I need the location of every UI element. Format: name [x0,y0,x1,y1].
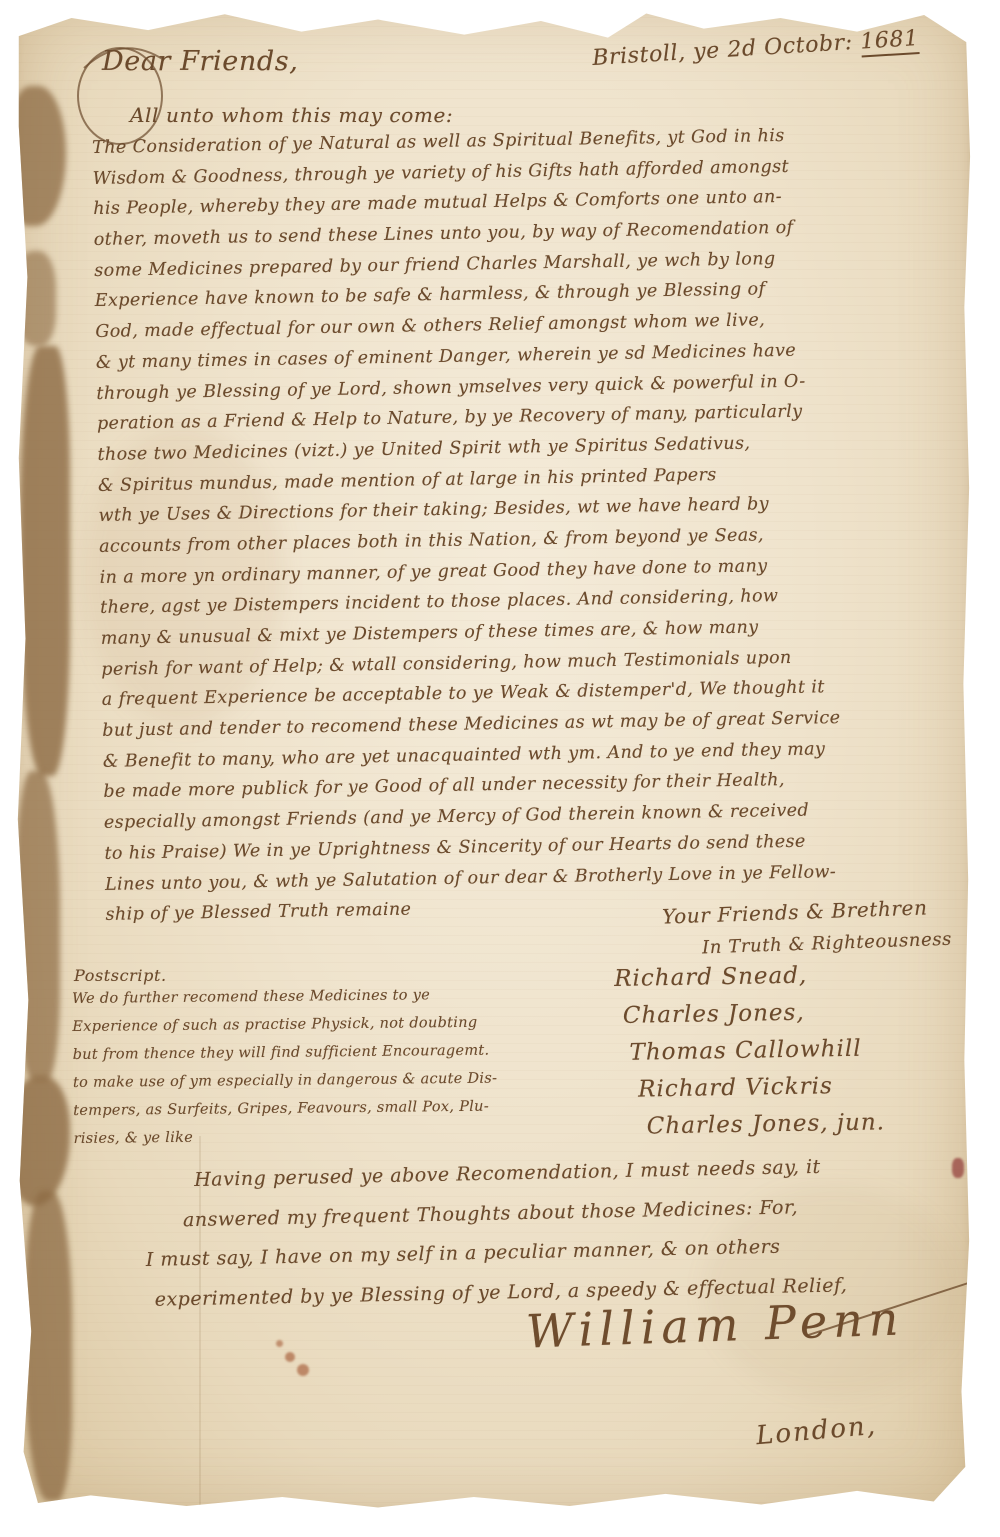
ink-spot [285,1352,295,1362]
salutation: Dear Friends, [102,46,298,77]
ink-spot [276,1340,283,1347]
letter-paper: Bristoll, ye 2d Octobr: 1681 Dear Friend… [14,6,972,1512]
postscript-line: We do further recomend these Medicines t… [72,987,497,1019]
letter-body: The Consideration of ye Natural as well … [92,123,978,936]
signature-block: Richard Snead, Charles Jones, Thomas Cal… [614,961,885,1151]
ink-spot [297,1364,309,1376]
signature-thomas-callowhill: Thomas Callowhill [629,1035,884,1076]
dateline-place-date: Bristoll, ye 2d Octobr: [592,30,854,71]
postscript: We do further recomend these Medicines t… [72,987,498,1159]
stain-blob [6,1076,70,1206]
postscript-heading: Postscript. [74,966,167,985]
dateline-year: 1681 [860,26,920,58]
postscript-line: tempers, as Surfeits, Gripes, Feavours, … [73,1099,498,1131]
postscript-line: Experience of such as practise Physick, … [72,1015,497,1047]
stain-blob [20,346,70,776]
signature-richard-snead: Richard Snead, [614,961,883,1003]
salutation-text: Dear Friends, [102,46,298,77]
dateline: Bristoll, ye 2d Octobr: 1681 [592,26,920,71]
red-edge-mark [952,1158,964,1178]
postscript-line: but from thence they will find sufficien… [73,1043,498,1075]
salutation-subline: All unto whom this may come: [130,103,453,127]
signature-richard-vickris: Richard Vickris [638,1072,885,1113]
postscript-line: risies, & ye like [73,1127,498,1159]
stain-blob [24,1191,72,1501]
stain-blob [12,251,56,346]
signature-charles-jones: Charles Jones, [623,998,884,1040]
stain-blob [8,86,66,226]
postscript-line: to make use of ym especially in dangerou… [73,1071,498,1103]
photograph-background: { "colors": { "paper": "#efe3cc", "ink":… [0,0,1000,1537]
signature-charles-jones-jun: Charles Jones, jun. [647,1109,886,1150]
stain-blob [16,771,60,1081]
endorsement-place: London, [755,1411,878,1451]
closing-line: In Truth & Righteousness [702,929,953,959]
